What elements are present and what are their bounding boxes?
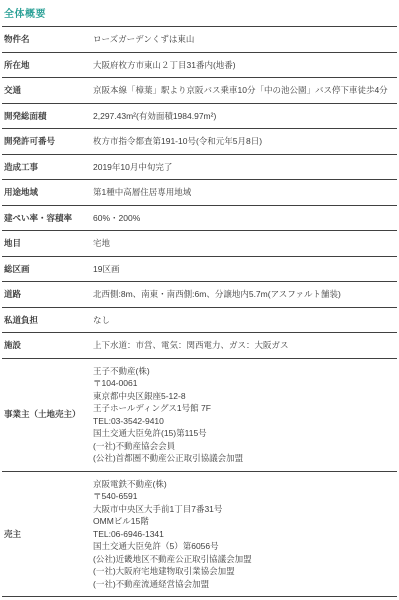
row-label: 売主: [2, 528, 93, 541]
row-label: 私道負担: [2, 314, 93, 327]
table-row-roads: 道路 北西側:8m、南東・南西側:6m、分譲地内5.7m(アスファルト舗装): [2, 282, 397, 308]
row-label: 地目: [2, 237, 93, 250]
row-value: 第1種中高層住居専用地域: [93, 186, 397, 199]
table-row-coverage-ratio: 建ぺい率・容積率 60%・200%: [2, 206, 397, 232]
spec-table: 物件名 ローズガーデンくずは東山 所在地 大阪府枚方市東山２丁目31番内(地番)…: [2, 26, 397, 597]
row-value: 2019年10月中旬完了: [93, 161, 397, 174]
row-label: 道路: [2, 288, 93, 301]
row-value: ローズガーデンくずは東山: [93, 33, 397, 46]
table-row-location: 所在地 大阪府枚方市東山２丁目31番内(地番): [2, 53, 397, 79]
table-row-property-name: 物件名 ローズガーデンくずは東山: [2, 27, 397, 53]
table-row-seller: 売主 京阪電鉄不動産(株) 〒540-6591 大阪市中央区大手前1丁目7番31…: [2, 472, 397, 598]
table-row-access: 交通 京阪本線「樟葉」駅より京阪バス乗車10分「中の池公園」バス停下車徒歩4分: [2, 78, 397, 104]
row-label: 交通: [2, 84, 93, 97]
row-label: 開発許可番号: [2, 135, 93, 148]
row-label: 総区画: [2, 263, 93, 276]
row-label: 事業主（土地売主）: [2, 408, 93, 421]
row-value: 王子不動産(株) 〒104-0061 東京都中央区銀座5-12-8 王子ホールデ…: [93, 365, 397, 465]
row-label: 建ぺい率・容積率: [2, 212, 93, 225]
row-label: 造成工事: [2, 161, 93, 174]
row-value: 2,297.43m²(有効面積1984.97m²): [93, 110, 397, 123]
table-row-construction: 造成工事 2019年10月中旬完了: [2, 155, 397, 181]
row-label: 物件名: [2, 33, 93, 46]
row-value: 大阪府枚方市東山２丁目31番内(地番): [93, 59, 397, 72]
row-value: 19区画: [93, 263, 397, 276]
row-value: 枚方市指令都査第191-10号(令和元年5月8日): [93, 135, 397, 148]
row-value: 京阪本線「樟葉」駅より京阪バス乗車10分「中の池公園」バス停下車徒歩4分: [93, 84, 397, 97]
row-label: 施設: [2, 339, 93, 352]
table-row-private-road: 私道負担 なし: [2, 308, 397, 334]
section-title: 全体概要: [2, 4, 397, 26]
row-label: 開発総面積: [2, 110, 93, 123]
row-value: 北西側:8m、南東・南西側:6m、分譲地内5.7m(アスファルト舗装): [93, 288, 397, 301]
table-row-land-category: 地目 宅地: [2, 231, 397, 257]
table-row-utilities: 施設 上下水道：市営、電気：関西電力、ガス：大阪ガス: [2, 333, 397, 359]
row-value: 京阪電鉄不動産(株) 〒540-6591 大阪市中央区大手前1丁目7番31号 O…: [93, 478, 397, 591]
row-label: 所在地: [2, 59, 93, 72]
table-row-total-area: 開発総面積 2,297.43m²(有効面積1984.97m²): [2, 104, 397, 130]
row-value: 宅地: [93, 237, 397, 250]
row-label: 用途地域: [2, 186, 93, 199]
property-overview-page: 全体概要 物件名 ローズガーデンくずは東山 所在地 大阪府枚方市東山２丁目31番…: [0, 0, 399, 600]
table-row-zoning: 用途地域 第1種中高層住居専用地域: [2, 180, 397, 206]
row-value: 60%・200%: [93, 212, 397, 225]
table-row-permit-number: 開発許可番号 枚方市指令都査第191-10号(令和元年5月8日): [2, 129, 397, 155]
table-row-total-lots: 総区画 19区画: [2, 257, 397, 283]
row-value: なし: [93, 314, 397, 327]
table-row-developer: 事業主（土地売主） 王子不動産(株) 〒104-0061 東京都中央区銀座5-1…: [2, 359, 397, 472]
row-value: 上下水道：市営、電気：関西電力、ガス：大阪ガス: [93, 339, 397, 352]
